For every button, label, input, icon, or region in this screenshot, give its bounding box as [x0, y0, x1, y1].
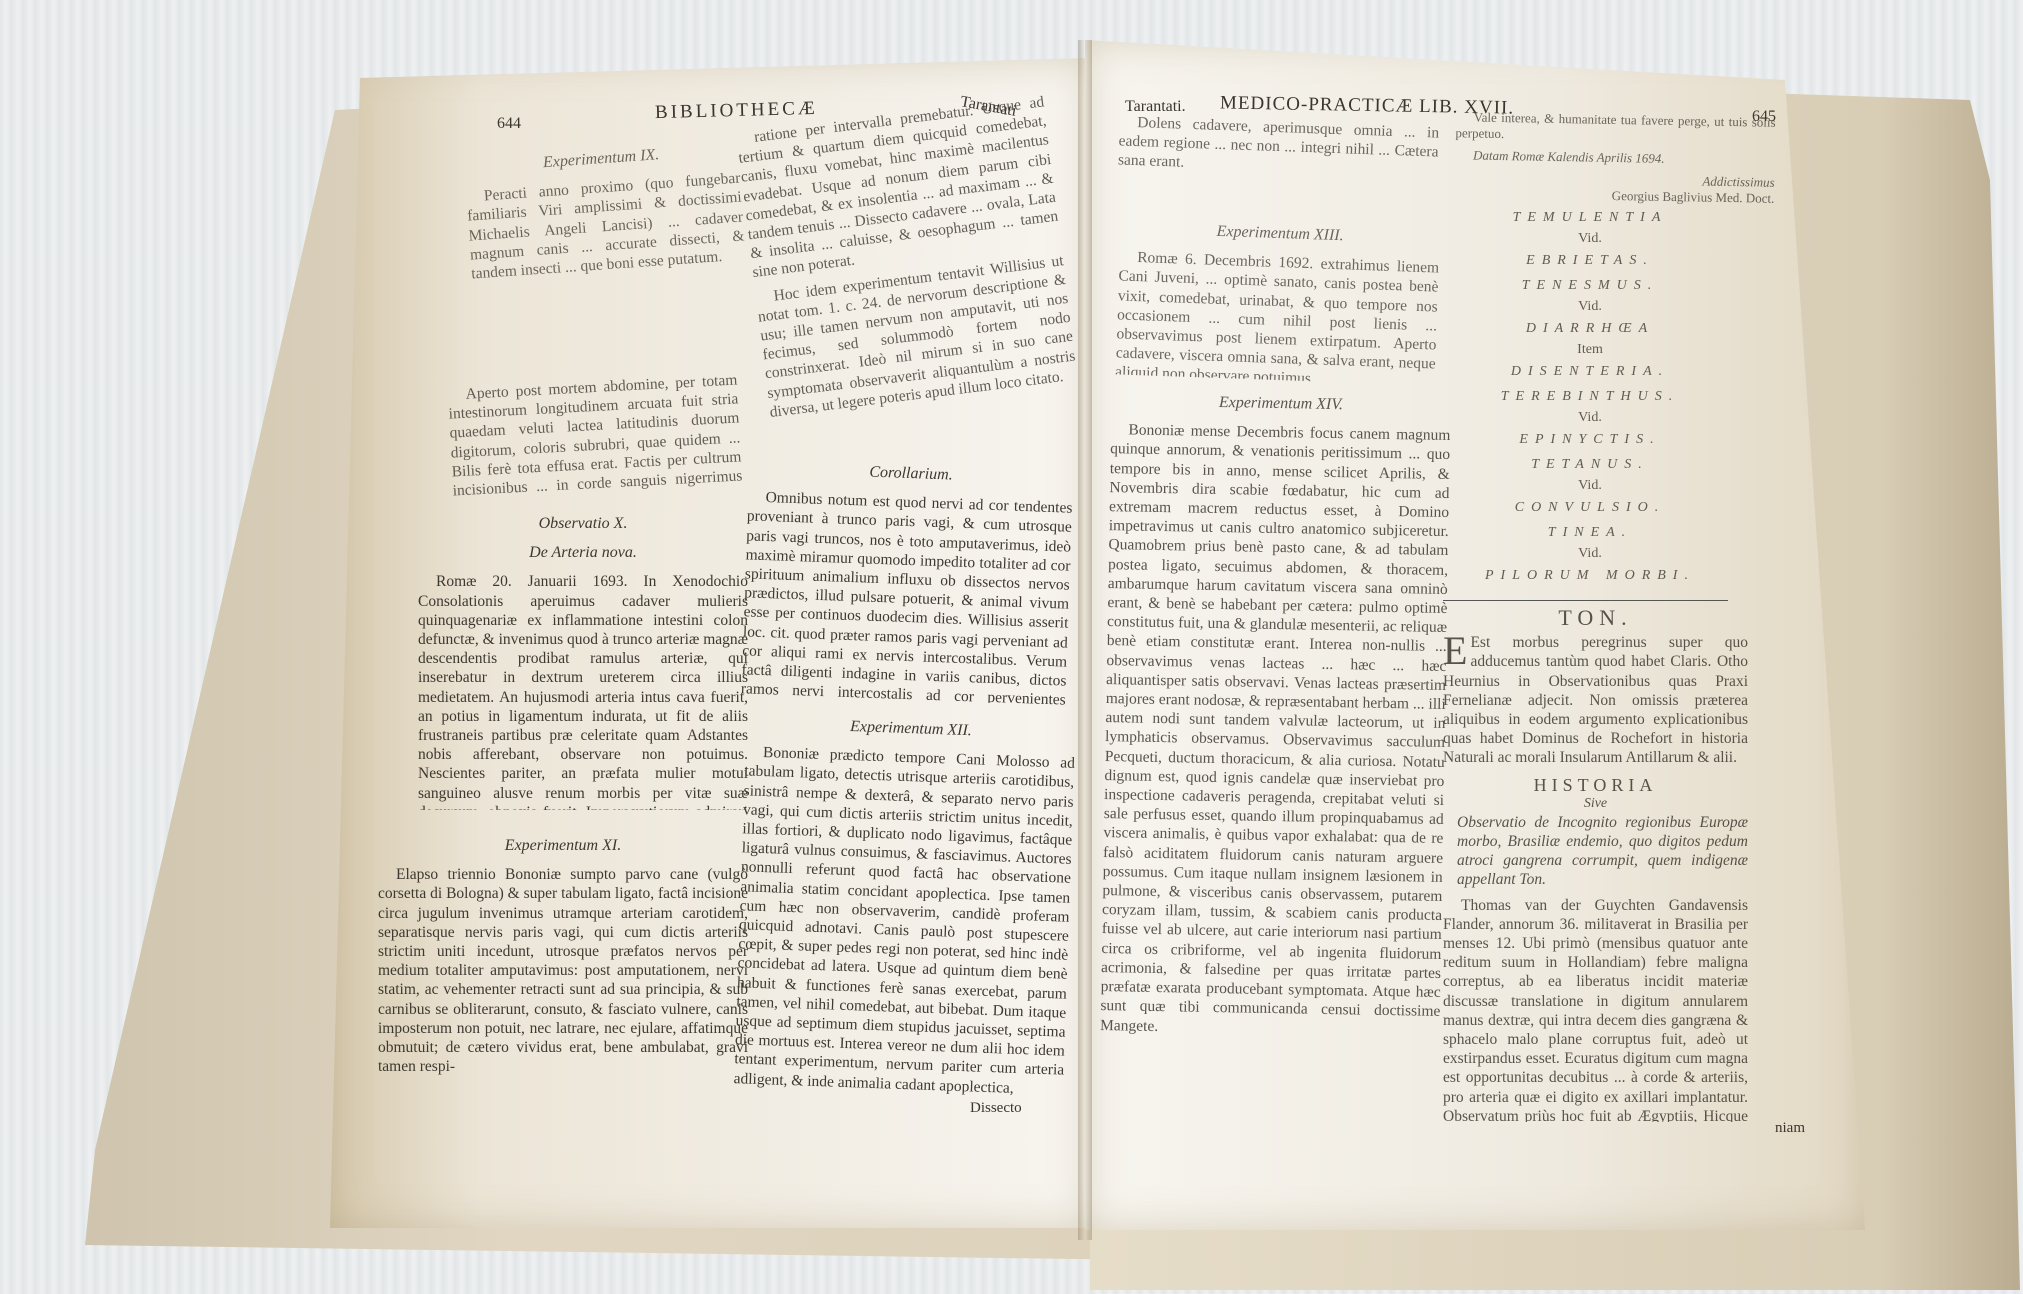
xref-term: DISENTERIA. — [1460, 359, 1720, 384]
left-col1-block2: Aperto post mortem abdomine, per totam i… — [447, 370, 743, 500]
section-title-ton: TON. — [1443, 608, 1748, 627]
xref-term: EBRIETAS. — [1460, 248, 1720, 273]
xref-term: PILORUM MORBI. — [1460, 563, 1720, 588]
xref-note: Vid. — [1460, 230, 1720, 248]
section-heading: Experimentum XI. — [378, 836, 748, 855]
xref-note: Vid. — [1460, 409, 1720, 427]
cross-reference-list: TEMULENTIA Vid. EBRIETAS. TENESMUS. Vid.… — [1460, 205, 1720, 595]
left-running-head: BIBLIOTHECÆ — [655, 98, 818, 124]
paragraph: Dolens cadavere, aperimusque omnia ... i… — [1118, 112, 1440, 181]
left-col1-block1: Experimentum IX. Peracti anno proximo (q… — [462, 126, 752, 375]
section-heading: Experimentum XIII. — [1120, 218, 1440, 248]
xref-term: TINEA. — [1460, 520, 1720, 545]
xref-term: TEMULENTIA — [1460, 205, 1720, 230]
right-col1-block2: Experimentum XIII. Romæ 6. Decembris 169… — [1115, 204, 1441, 385]
left-col2-block3: Experimentum XII. Bononiæ prædicto tempo… — [733, 699, 1076, 1100]
paragraph: Bononiæ mense Decembris focus canem magn… — [1100, 420, 1451, 1040]
paragraph: Vale interea, & humanitate tua favere pe… — [1455, 109, 1776, 147]
paragraph: Romæ 6. Decembris 1692. extrahimus liene… — [1115, 248, 1439, 386]
left-page-number: 644 — [497, 115, 521, 133]
left-col2-block2: Corollarium. Omnibus notum est quod nerv… — [741, 444, 1075, 705]
xref-term: DIARRHŒA — [1460, 316, 1720, 341]
historia-paragraph: Thomas van der Guychten Gandavensis Flan… — [1443, 896, 1748, 1122]
xref-note: Vid. — [1460, 298, 1720, 316]
historia-title: HISTORIA — [1443, 776, 1748, 795]
xref-note: Item — [1460, 341, 1720, 359]
drop-cap: E — [1443, 633, 1467, 669]
xref-term: EPINYCTIS. — [1460, 427, 1720, 452]
section-divider — [1443, 600, 1728, 601]
paragraph: Elapso triennio Bononiæ sumpto parvo can… — [378, 865, 748, 1076]
book-gutter — [1078, 40, 1092, 1240]
xref-note: Vid. — [1460, 545, 1720, 563]
paragraph: Romæ 20. Januarii 1693. In Xenodochio Co… — [418, 572, 748, 810]
paragraph: Bononiæ prædicto tempore Cani Molosso ad… — [733, 743, 1075, 1100]
xref-term: TEREBINTHUS. — [1460, 384, 1720, 409]
xref-term: TINNITUS AURIUM. — [1460, 588, 1720, 595]
xref-term: CONVULSIO. — [1460, 495, 1720, 520]
date-line: Datam Romæ Kalendis Aprilis 1694. — [1455, 147, 1775, 169]
section-heading: Observatio X. — [418, 514, 748, 533]
ton-paragraph: EEst morbus peregrinus super quo adducem… — [1443, 633, 1748, 767]
xref-term: TETANUS. — [1460, 452, 1720, 477]
right-col1-block3: Experimentum XIV. Bononiæ mense Decembri… — [1099, 377, 1452, 1113]
left-col2-block1: ratione per intervalla premebatur. Usque… — [735, 92, 1085, 472]
ton-section: TON. EEst morbus peregrinus super quo ad… — [1443, 602, 1748, 1122]
paragraph: Omnibus notum est quod nervi ad cor tend… — [741, 488, 1073, 706]
historia-subtitle: Observatio de Incognito regionibus Europ… — [1443, 813, 1748, 890]
right-col1-block1: Dolens cadavere, aperimusque omnia ... i… — [1117, 112, 1440, 213]
left-catchword: Dissecto — [970, 1100, 1022, 1117]
paragraph: Aperto post mortem abdomine, per totam i… — [447, 370, 743, 500]
left-col1-block3: Observatio X. De Arteria nova. Romæ 20. … — [418, 500, 748, 810]
paragraph: Peracti anno proximo (quo fungebar famil… — [465, 169, 746, 284]
section-heading: Experimentum XIV. — [1111, 391, 1451, 416]
section-heading: Corollarium. — [748, 458, 1073, 489]
xref-note: Vid. — [1460, 477, 1720, 495]
left-col1-block4: Experimentum XI. Elapso triennio Bononiæ… — [378, 822, 748, 1092]
right-col2-block1: Vale interea, & humanitate tua favere pe… — [1454, 109, 1776, 210]
historia-sive: Sive — [1443, 795, 1748, 813]
section-subheading: De Arteria nova. — [418, 543, 748, 562]
right-catchword: niam — [1775, 1120, 1805, 1137]
section-heading: Experimentum XII. — [746, 713, 1076, 744]
xref-term: TENESMUS. — [1460, 273, 1720, 298]
